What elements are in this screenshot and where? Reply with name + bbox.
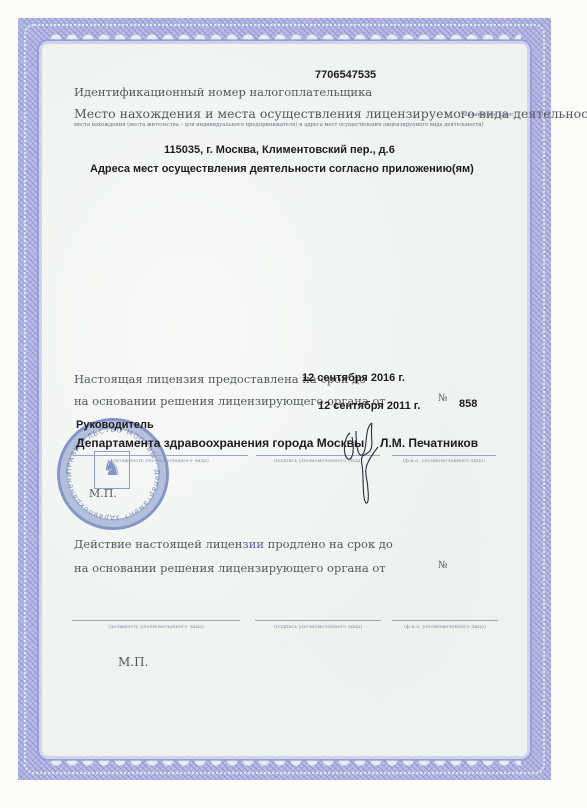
extension-signature-rule bbox=[255, 620, 381, 621]
extension-name-rule bbox=[392, 620, 498, 621]
extension-caption-name: (ф.и.о. уполномоченного лица) bbox=[392, 624, 498, 630]
official-stamp: ПРАВИТЕЛЬСТВО МОСКВЫ · Департамент здрав… bbox=[57, 418, 169, 530]
decision-number: 858 bbox=[459, 398, 477, 410]
position-rule bbox=[74, 455, 248, 456]
border-ornament-bottom bbox=[48, 760, 521, 770]
extension-seal-mark: М.П. bbox=[118, 655, 148, 669]
address-value: 115035, г. Москва, Климентовский пер., д… bbox=[164, 144, 395, 156]
handwritten-signature bbox=[330, 415, 390, 510]
signatory-position-line2: Департамента здравоохранения города Моск… bbox=[76, 436, 364, 450]
decision-date: 12 сентября 2011 г. bbox=[318, 400, 420, 412]
location-note: (указываются адрес bbox=[459, 112, 514, 118]
caption-position: (должность уполномоченного лица) bbox=[74, 458, 248, 464]
border-ornament-top bbox=[48, 30, 521, 40]
decision-number-sign: № bbox=[438, 393, 447, 404]
extension-caption-signature: (подпись уполномоченного лица) bbox=[255, 624, 381, 630]
location-note-line2: места нахождения (места жительства – для… bbox=[74, 122, 484, 128]
extension-term-text-highlight: зии bbox=[242, 537, 264, 551]
extension-decision-label: на основании решения лицензирующего орга… bbox=[74, 561, 386, 575]
coat-of-arms-icon: ♞ bbox=[94, 451, 130, 489]
extension-term-label: Действие настоящей лицензии продлено на … bbox=[74, 537, 393, 551]
addresses-note: Адреса мест осуществления деятельности с… bbox=[90, 163, 474, 175]
extension-caption-position: (должность уполномоченного лица) bbox=[72, 624, 240, 630]
extension-position-rule bbox=[72, 620, 240, 621]
extension-number-sign: № bbox=[438, 560, 447, 571]
signatory-position-line1: Руководитель bbox=[76, 419, 154, 431]
seal-mark: М.П. bbox=[89, 487, 117, 500]
license-term-value: 12 сентября 2016 г. bbox=[302, 372, 405, 384]
extension-term-text-1: Действие настоящей лицен bbox=[74, 537, 242, 551]
extension-term-text-2: продлено на срок до bbox=[264, 537, 393, 551]
name-rule bbox=[392, 455, 496, 456]
signatory-name: Л.М. Печатников bbox=[380, 436, 478, 450]
caption-name: (ф.и.о. уполномоченного лица) bbox=[392, 458, 496, 464]
inn-value: 7706547535 bbox=[315, 69, 376, 81]
inn-label: Идентификационный номер налогоплательщик… bbox=[74, 85, 372, 99]
